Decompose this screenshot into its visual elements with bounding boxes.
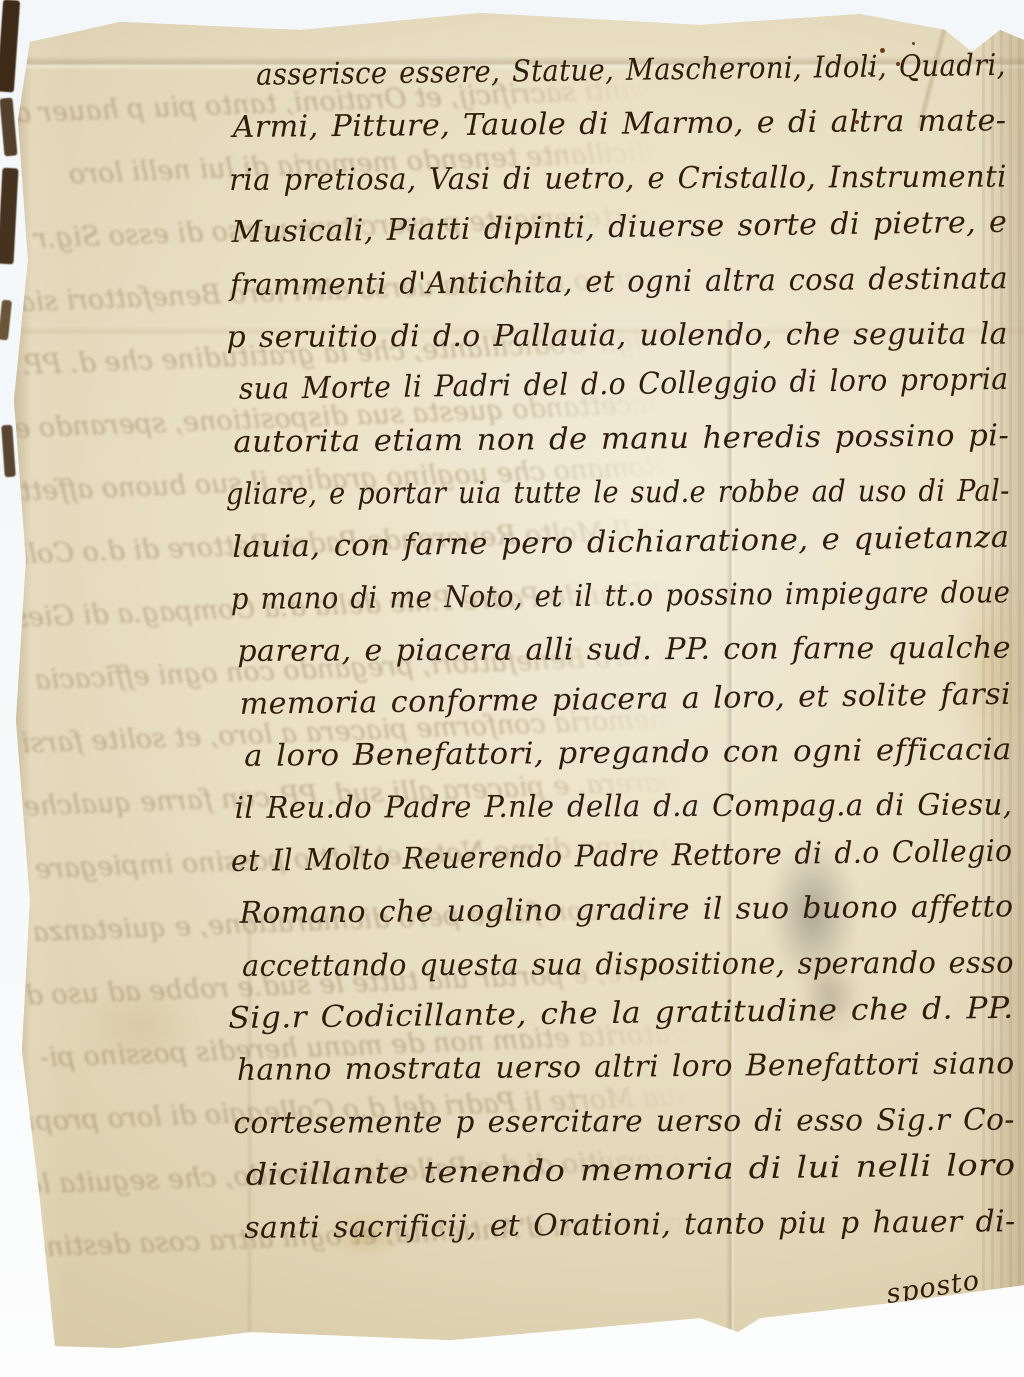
- manuscript-line: frammenti d'Antichita, et ogni altra cos…: [230, 253, 1008, 312]
- manuscript-line: sua Morte li Padri del d.o Colleggio di …: [239, 354, 1009, 416]
- catchword: sposto: [884, 1265, 982, 1310]
- torn-edge-fragment: [0, 0, 20, 92]
- torn-edge-fragment: [0, 98, 18, 157]
- manuscript-paper: santi sacrificij, et Orationi, tanto piu…: [0, 0, 1024, 1377]
- torn-edge-fragment: [1, 425, 16, 478]
- manuscript-line: a loro Benefattori, pregando con ogni ef…: [244, 724, 1012, 783]
- manuscript-line: Armi, Pitture, Tauole di Marmo, e di alt…: [232, 96, 1006, 155]
- scanned-manuscript-page: santi sacrificij, et Orationi, tanto piu…: [0, 0, 1024, 1377]
- manuscript-text-block: asserisce essere, Statue, Mascheroni, Id…: [228, 43, 1024, 1255]
- manuscript-line: Musicali, Piatti dipinti, diuerse sorte …: [231, 197, 1007, 260]
- manuscript-line: Sig.r Codicillante, che la gratitudine c…: [228, 983, 1014, 1046]
- manuscript-line: et Il Molto Reuerendo Padre Rettore di d…: [231, 826, 1013, 889]
- manuscript-line: lauia, con farne pero dichiaratione, e q…: [232, 511, 1010, 574]
- torn-edge-fragment: [0, 168, 19, 265]
- manuscript-line: Romano che uoglino gradire il suo buono …: [239, 881, 1013, 940]
- manuscript-line: autorita etiam non de manu heredis possi…: [233, 410, 1009, 469]
- manuscript-line: santi sacrificij, et Orationi, tanto piu…: [244, 1196, 1016, 1255]
- manuscript-line: memoria conforme piacera a loro, et soli…: [239, 669, 1011, 732]
- manuscript-line: dicillante tenendo memoria di lui nelli …: [245, 1140, 1015, 1202]
- manuscript-line: p mano di me Noto, et il tt.o possino im…: [231, 567, 1011, 626]
- manuscript-line: asserisce essere, Statue, Mascheroni, Id…: [256, 40, 1006, 102]
- torn-edge-fragment: [0, 300, 12, 341]
- manuscript-line: hanno mostrata uerso altri loro Benefatt…: [237, 1039, 1015, 1098]
